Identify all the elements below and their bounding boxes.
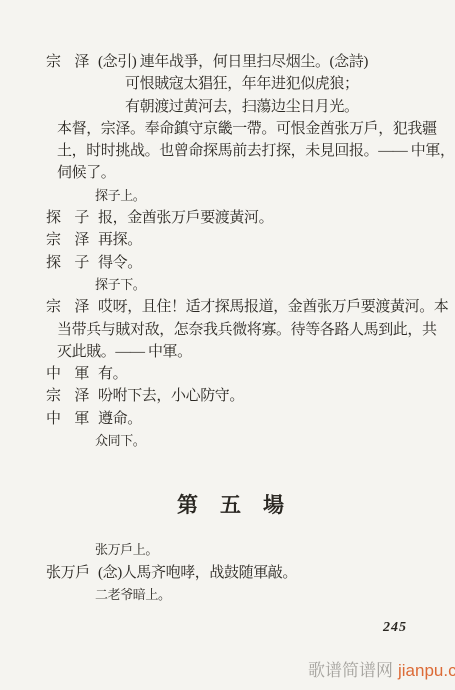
dialogue-lines: 哎呀，且住！适才探馬报道，金酋张万戶要渡黃河。本当带兵与賊对敌，怎奈我兵微将寡。… [46,296,415,363]
dialogue-lines: 遵命。 [46,408,415,430]
dialogue-line: 本督，宗泽。奉命鎮守京畿一帶。可恨金酋张万戶，犯我疆 [57,118,415,140]
watermark-site-name: 歌谱简谱网 [308,661,393,680]
stage-direction: 张万戶上。 [95,539,415,561]
dialogue-lines: 报，金酋张万戶要渡黃河。 [46,207,415,229]
speaker-name: 中軍 [46,363,89,385]
script-body: 宗泽(念引) 連年战爭，何日里扫尽烟尘。(念詩)可恨賊寇太猖狂，年年进犯似虎狼；… [0,0,455,638]
poem-line: 可恨賊寇太猖狂，年年进犯似虎狼； [125,73,415,95]
speaker-name: 探子 [46,207,89,229]
dialogue-line: 土，时时挑战。也曾命探馬前去打探，未見回报。—— 中軍， [57,140,415,162]
dialogue-line: 报，金酋张万戶要渡黃河。 [98,207,415,229]
speaker-name: 张万戶 [46,562,89,584]
dialogue-block: 张万戶(念)人馬齐咆哮，战鼓随軍敲。 [46,562,415,584]
dialogue-line: 得令。 [98,252,415,274]
speaker-name: 中軍 [46,408,89,430]
dialogue-line: 当带兵与賊对敌，怎奈我兵微将寡。待等各路人馬到此，共 [57,319,415,341]
dialogue-line: (念引) 連年战爭，何日里扫尽烟尘。(念詩) [98,51,415,73]
dialogue-line: 灭此賊。—— 中軍。 [57,341,415,363]
dialogue-block: 探子得令。 [46,252,415,274]
stage-direction: 众同下。 [95,430,415,452]
stage-direction: 探子上。 [95,185,415,207]
dialogue-line: 再探。 [98,229,415,251]
dialogue-line: 吩咐下去，小心防守。 [98,385,415,407]
stage-direction: 探子下。 [95,274,415,296]
dialogue-lines: 有。 [46,363,415,385]
dialogue-line: 哎呀，且住！适才探馬报道，金酋张万戶要渡黃河。本 [98,296,415,318]
speaker-name: 宗泽 [46,385,89,407]
watermark-site-url: jianpu.cn [398,661,455,680]
speaker-name: 探子 [46,252,89,274]
poem-line: 有朝渡过黄河去，扫蕩边尘日月光。 [125,96,415,118]
speaker-name: 宗泽 [46,51,89,73]
dialogue-block: 探子报，金酋张万戶要渡黃河。 [46,207,415,229]
dialogue-lines: 得令。 [46,252,415,274]
scanned-script-page: 宗泽(念引) 連年战爭，何日里扫尽烟尘。(念詩)可恨賊寇太猖狂，年年进犯似虎狼；… [0,0,455,690]
dialogue-line: 伺候了。 [57,162,415,184]
speaker-name: 宗泽 [46,229,89,251]
watermark: 歌谱简谱网jianpu.cn [308,656,455,681]
dialogue-block: 宗泽哎呀，且住！适才探馬报道，金酋张万戶要渡黃河。本当带兵与賊对敌，怎奈我兵微将… [46,296,415,363]
stage-direction: 二老爷暗上。 [95,584,415,606]
dialogue-block: 宗泽(念引) 連年战爭，何日里扫尽烟尘。(念詩)可恨賊寇太猖狂，年年进犯似虎狼；… [46,51,415,185]
dialogue-lines: 吩咐下去，小心防守。 [46,385,415,407]
dialogue-lines: (念引) 連年战爭，何日里扫尽烟尘。(念詩)可恨賊寇太猖狂，年年进犯似虎狼；有朝… [46,51,415,185]
dialogue-block: 宗泽再探。 [46,229,415,251]
dialogue-lines: (念)人馬齐咆哮，战鼓随軍敲。 [46,562,415,584]
speaker-name: 宗泽 [46,296,89,318]
dialogue-block: 中軍遵命。 [46,408,415,430]
scene-heading: 第五場 [46,490,415,520]
page-number: 245 [46,618,415,638]
dialogue-block: 宗泽吩咐下去，小心防守。 [46,385,415,407]
dialogue-lines: 再探。 [46,229,415,251]
dialogue-block: 中軍有。 [46,363,415,385]
dialogue-line: (念)人馬齐咆哮，战鼓随軍敲。 [98,562,415,584]
dialogue-line: 有。 [98,363,415,385]
dialogue-line: 遵命。 [98,408,415,430]
